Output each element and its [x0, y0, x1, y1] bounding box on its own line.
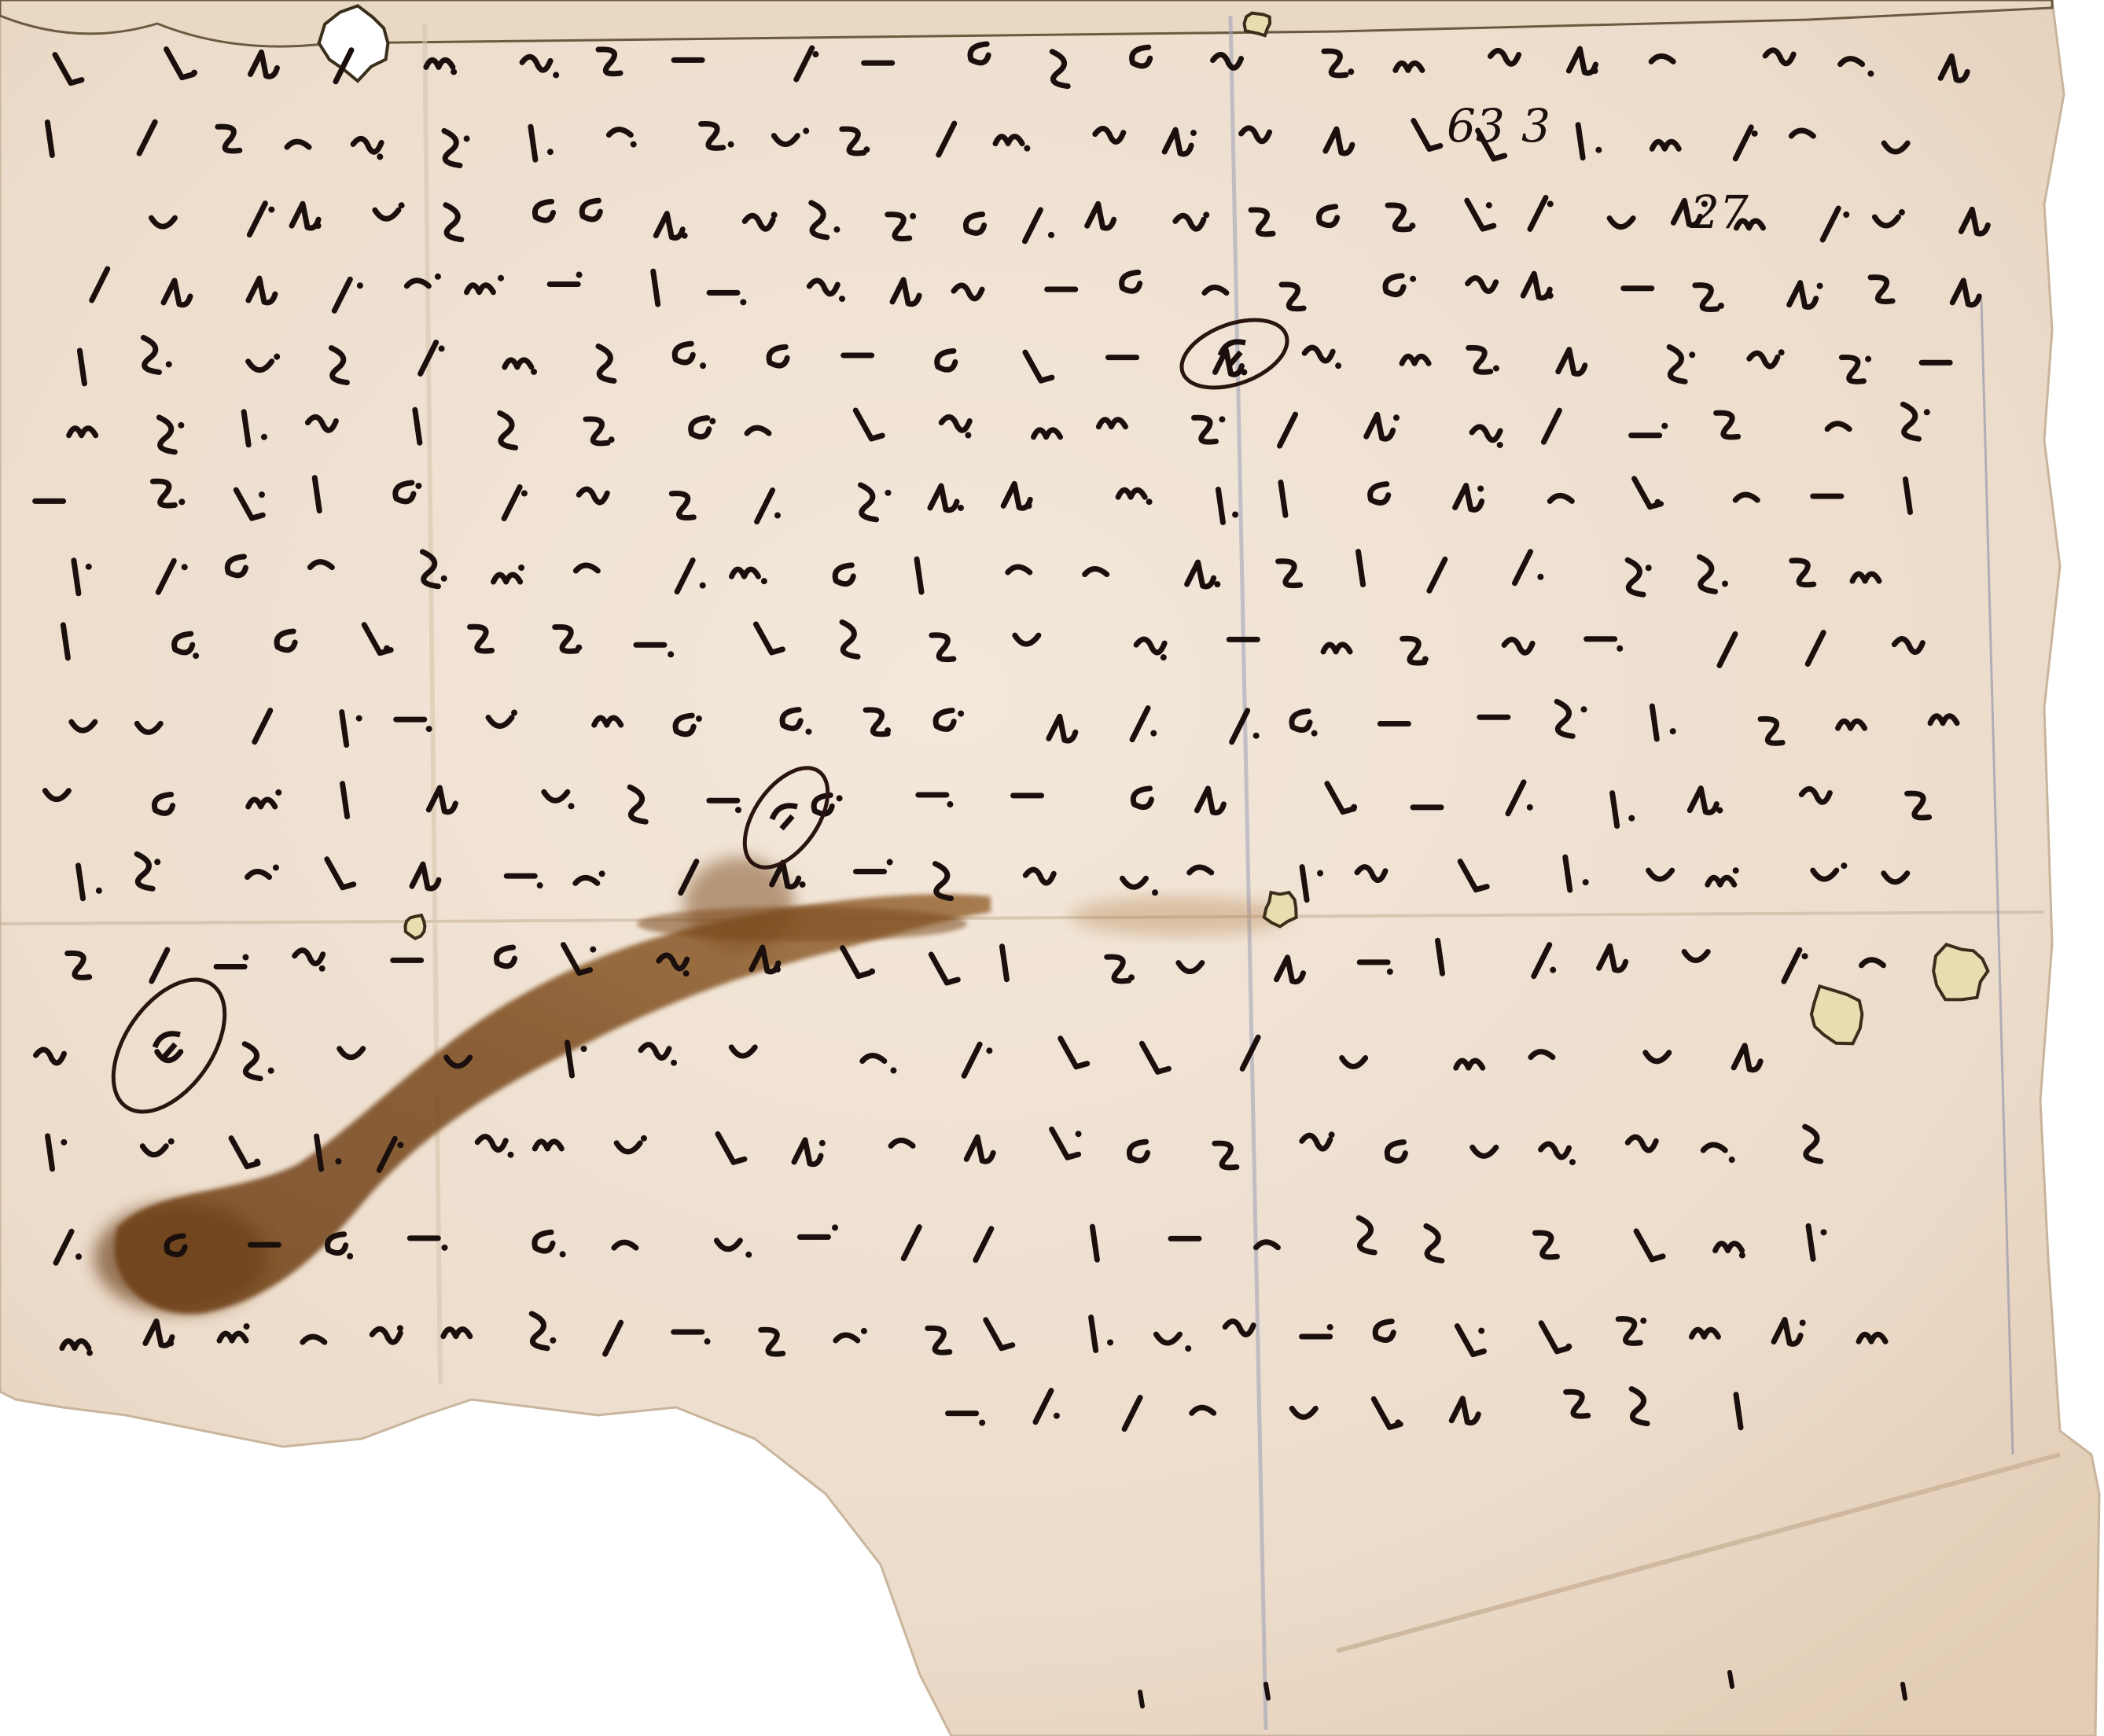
vowel-dot	[75, 1253, 82, 1260]
vowel-dot	[1661, 423, 1668, 429]
vowel-dot	[178, 498, 185, 505]
vowel-dot	[599, 870, 605, 877]
vowel-dot	[590, 947, 596, 953]
paper-sheet	[0, 0, 2099, 1736]
vowel-dot	[1493, 366, 1499, 372]
vowel-dot	[839, 296, 845, 302]
vowel-dot	[771, 211, 778, 218]
vowel-dot	[435, 274, 441, 280]
vowel-dot	[682, 233, 688, 239]
vowel-dot	[439, 345, 445, 351]
vowel-dot	[335, 1158, 341, 1164]
vowel-dot	[1478, 1328, 1484, 1334]
vowel-dot	[1565, 1344, 1572, 1350]
vowel-dot	[833, 226, 840, 233]
vowel-dot	[507, 1152, 513, 1158]
vowel-dot	[1214, 581, 1220, 587]
vowel-dot	[1422, 656, 1429, 662]
vowel-dot	[1107, 1339, 1113, 1345]
vowel-dot	[1550, 967, 1556, 973]
vowel-dot	[979, 1420, 985, 1426]
footer-mark	[1730, 1672, 1732, 1686]
vowel-dot	[1351, 804, 1357, 811]
vowel-dot	[1048, 232, 1054, 238]
vowel-dot	[178, 422, 184, 428]
vowel-dot	[1867, 71, 1874, 77]
vowel-dot	[1348, 68, 1354, 75]
vowel-dot	[1547, 292, 1554, 299]
vowel-dot	[735, 807, 741, 813]
vowel-dot	[1395, 1419, 1401, 1425]
vowel-dot	[511, 710, 517, 716]
vowel-dot	[958, 711, 964, 717]
vowel-dot	[1820, 1229, 1826, 1235]
vowel-dot	[167, 1340, 174, 1346]
vowel-dot	[1054, 1413, 1060, 1419]
vowel-dot	[696, 715, 702, 722]
vowel-dot	[1739, 1252, 1745, 1259]
vowel-dot	[1477, 486, 1484, 492]
vowel-dot	[774, 513, 781, 519]
vowel-dot	[96, 888, 102, 894]
vowel-dot	[426, 726, 432, 732]
vowel-dot	[965, 432, 971, 439]
vowel-dot	[1843, 211, 1849, 218]
vowel-dot	[315, 223, 322, 229]
vowel-dot	[1817, 283, 1823, 289]
vowel-dot	[1026, 502, 1032, 509]
vowel-dot	[641, 1135, 647, 1142]
vowel-dot	[709, 418, 715, 425]
vowel-dot	[399, 202, 405, 208]
vowel-dot	[357, 282, 363, 289]
vowel-dot	[890, 1068, 896, 1074]
vowel-dot	[885, 727, 891, 734]
vowel-dot	[521, 491, 528, 497]
footer-mark	[1903, 1684, 1905, 1698]
vowel-dot	[1924, 409, 1930, 415]
vowel-dot	[441, 1245, 447, 1251]
vowel-dot	[553, 72, 559, 78]
vowel-dot	[547, 149, 554, 155]
vowel-dot	[1646, 565, 1652, 571]
vowel-dot	[261, 434, 267, 440]
vowel-dot	[498, 275, 504, 281]
vowel-dot	[1628, 815, 1635, 822]
vowel-dot	[560, 1251, 566, 1257]
vowel-dot	[254, 1159, 260, 1165]
vowel-dot	[576, 645, 582, 651]
vowel-dot	[812, 51, 818, 57]
vowel-dot	[1203, 211, 1209, 218]
vowel-dot	[397, 1142, 403, 1148]
vowel-dot	[242, 954, 248, 961]
vowel-dot	[1409, 223, 1415, 229]
vowel-dot	[671, 1060, 677, 1066]
vowel-dot	[861, 1328, 867, 1334]
vowel-dot	[910, 213, 916, 219]
vowel-dot	[1537, 574, 1543, 580]
vowel-dot	[1595, 147, 1602, 153]
vowel-dot	[1865, 356, 1871, 362]
vowel-dot	[761, 578, 767, 584]
vowel-dot	[837, 795, 843, 801]
vowel-dot	[1311, 730, 1318, 737]
vowel-dot	[958, 505, 964, 511]
vowel-dot	[683, 970, 690, 977]
vowel-dot	[947, 801, 953, 807]
vowel-dot	[1718, 303, 1724, 309]
vowel-dot	[1317, 870, 1323, 877]
vowel-dot	[774, 966, 781, 973]
vowel-dot	[1569, 1159, 1576, 1165]
vowel-dot	[1733, 867, 1739, 874]
vowel-dot	[745, 1252, 752, 1258]
vowel-dot	[518, 565, 524, 571]
vowel-dot	[800, 881, 806, 888]
shorthand-letter-photo: 63 3 27	[0, 0, 2104, 1736]
vowel-dot	[1219, 416, 1225, 422]
vowel-dot	[397, 1325, 403, 1331]
vowel-dot	[581, 1046, 587, 1052]
vowel-dot	[1800, 1319, 1806, 1326]
numeral-27: 27	[1690, 186, 1749, 239]
vowel-dot	[1716, 807, 1723, 814]
vowel-dot	[1617, 645, 1623, 652]
vowel-dot	[700, 583, 706, 589]
vowel-dot	[61, 1139, 67, 1146]
vowel-dot	[1592, 68, 1598, 74]
vowel-dot	[819, 1140, 826, 1146]
vowel-dot	[1547, 200, 1554, 207]
vowel-dot	[1185, 1345, 1191, 1352]
vowel-dot	[803, 128, 809, 134]
footer-mark	[1140, 1692, 1142, 1706]
vowel-dot	[531, 369, 537, 375]
vowel-dot	[415, 483, 421, 489]
vowel-dot	[1527, 804, 1533, 811]
vowel-dot	[168, 1138, 175, 1145]
vowel-dot	[537, 882, 543, 888]
vowel-dot	[550, 1337, 556, 1344]
vowel-dot	[347, 1253, 353, 1260]
vowel-dot	[1583, 879, 1589, 885]
vowel-dot	[668, 651, 674, 657]
vowel-dot	[863, 146, 870, 153]
vowel-dot	[1580, 706, 1587, 712]
vowel-dot	[1146, 498, 1153, 505]
vowel-dot	[1841, 862, 1847, 869]
vowel-dot	[451, 68, 457, 75]
vowel-dot	[464, 135, 470, 142]
footer-mark	[1266, 1684, 1268, 1698]
vowel-dot	[869, 969, 875, 975]
vowel-dot	[182, 564, 188, 570]
vowel-dot	[86, 564, 92, 570]
vowel-dot	[384, 645, 390, 652]
vowel-dot	[704, 1338, 711, 1344]
vowel-dot	[1232, 512, 1238, 518]
vowel-dot	[1654, 499, 1661, 506]
vowel-dot	[1190, 130, 1197, 136]
vowel-dot	[1729, 1157, 1735, 1163]
vowel-dot	[700, 362, 706, 369]
vowel-dot	[1335, 362, 1341, 369]
vowel-dot	[193, 653, 199, 659]
vowel-dot	[631, 142, 637, 148]
vowel-dot	[191, 70, 197, 76]
vowel-dot	[1752, 131, 1758, 137]
vowel-dot	[441, 576, 447, 582]
vowel-dot	[274, 354, 280, 360]
vowel-dot	[1327, 1324, 1333, 1330]
vowel-dot	[1241, 369, 1247, 375]
vowel-dot	[268, 207, 274, 213]
vowel-dot	[259, 491, 265, 498]
vowel-dot	[1152, 889, 1158, 896]
vowel-dot	[576, 272, 583, 278]
vowel-dot	[887, 859, 893, 866]
vowel-dot	[1329, 1131, 1335, 1138]
vowel-dot	[986, 1047, 992, 1054]
vowel-dot	[268, 1068, 274, 1074]
vowel-dot	[1899, 209, 1905, 215]
vowel-dot	[377, 153, 383, 160]
vowel-dot	[1253, 733, 1260, 739]
vowel-dot	[1722, 580, 1728, 587]
vowel-dot	[1689, 351, 1695, 358]
vowel-dot	[356, 715, 362, 722]
vowel-dot	[1486, 202, 1492, 208]
vowel-dot	[1393, 414, 1400, 421]
vowel-dot	[1410, 276, 1416, 282]
vowel-dot	[154, 859, 160, 865]
vowel-dot	[1161, 654, 1167, 660]
vowel-dot	[1497, 442, 1503, 448]
vowel-dot	[832, 1224, 838, 1230]
vowel-dot	[1024, 145, 1030, 152]
vowel-dot	[1150, 730, 1157, 737]
paper-hole	[405, 915, 425, 938]
vowel-dot	[740, 299, 746, 305]
vowel-dot	[885, 490, 891, 496]
vowel-dot	[1670, 728, 1676, 734]
vowel-dot	[609, 436, 615, 443]
vowel-dot	[1128, 974, 1135, 980]
vowel-dot	[244, 1323, 250, 1330]
vowel-dot	[86, 1350, 93, 1356]
vowel-dot	[805, 729, 811, 735]
vowel-dot	[728, 142, 734, 148]
vowel-dot	[568, 803, 574, 809]
vowel-dot	[166, 361, 172, 367]
vowel-dot	[273, 865, 279, 871]
vowel-dot	[1802, 953, 1808, 959]
paper-hole	[1245, 13, 1271, 36]
vowel-dot	[319, 965, 326, 972]
vowel-dot	[1076, 1131, 1082, 1137]
vowel-dot	[1640, 1318, 1646, 1324]
vowel-dot	[275, 789, 281, 796]
vowel-dot	[1387, 969, 1393, 975]
vowel-dot	[1778, 349, 1785, 355]
numeral-3: 3	[1521, 99, 1550, 153]
numeral-63: 63	[1447, 99, 1505, 153]
